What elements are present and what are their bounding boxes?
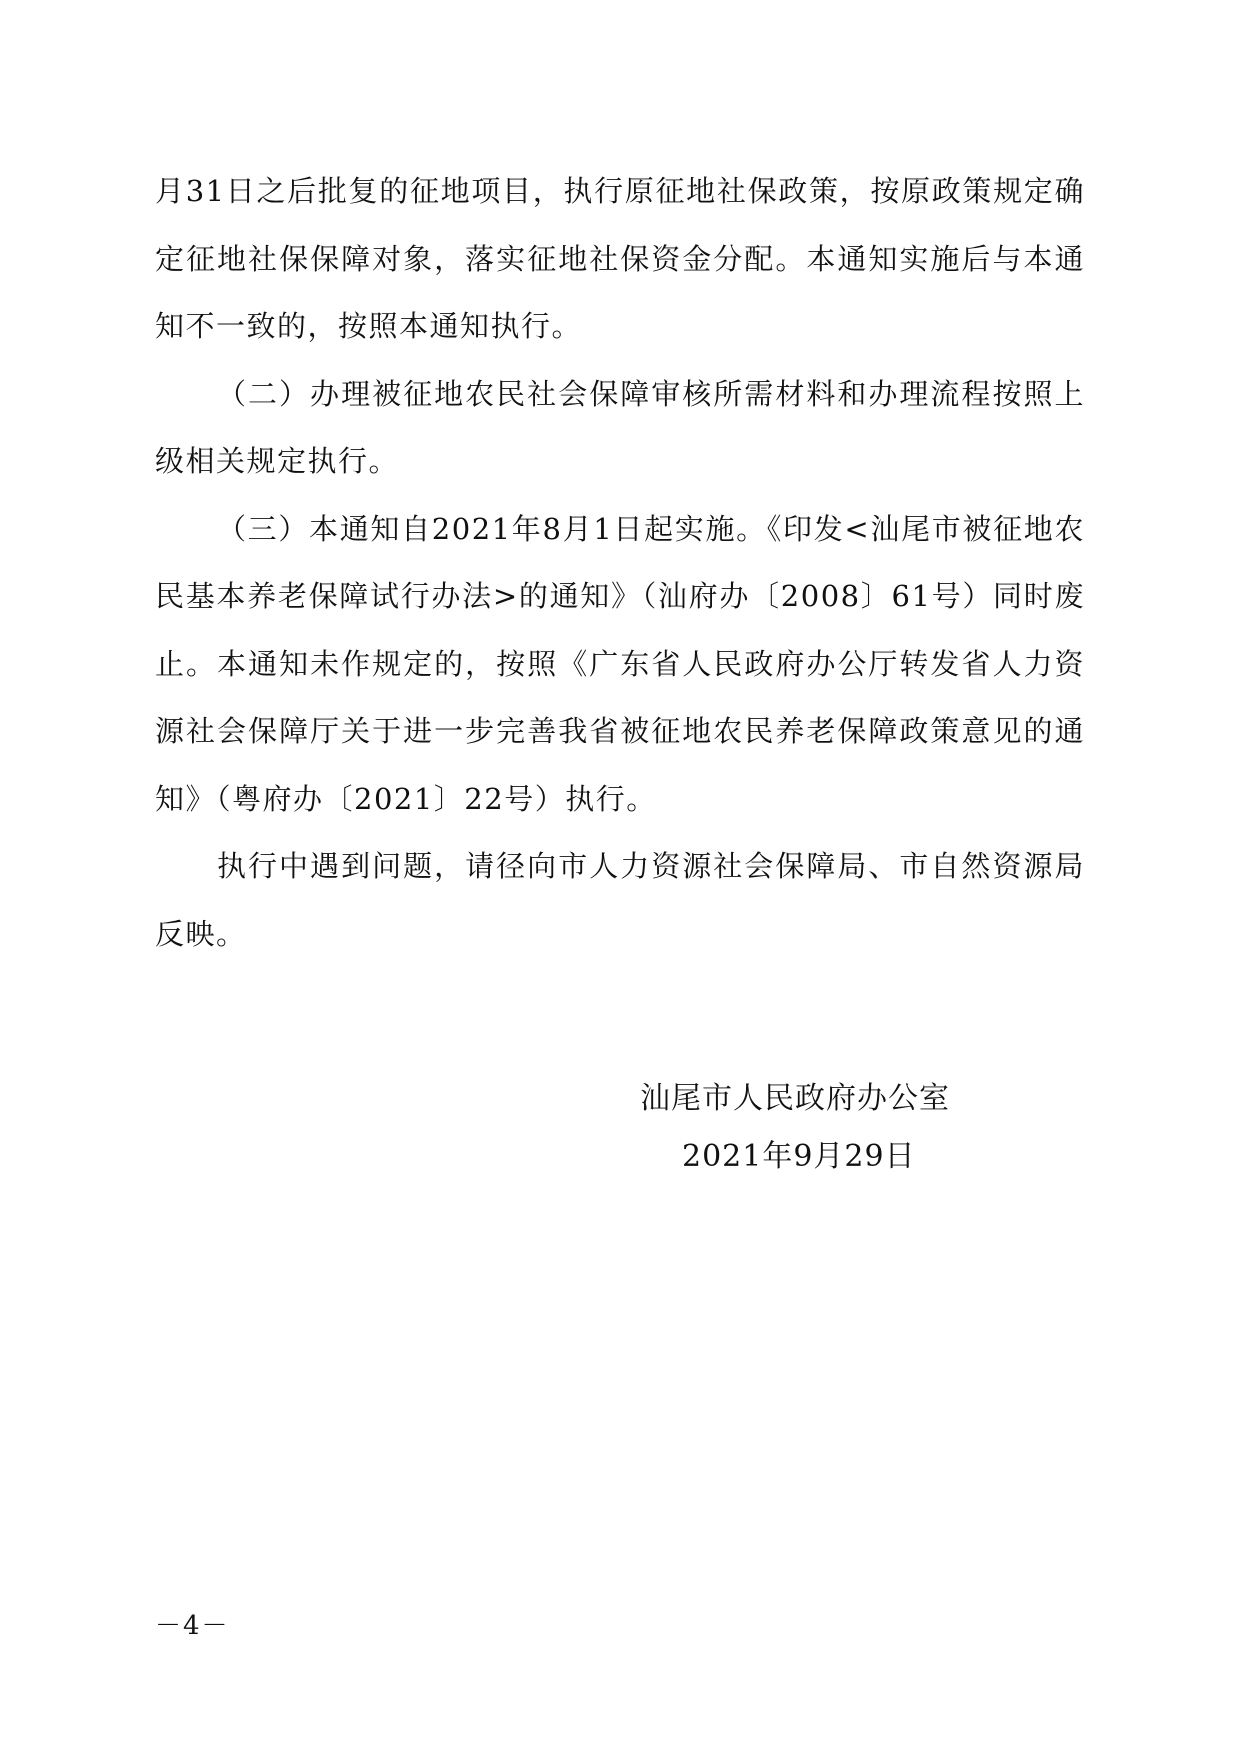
document-page: 月31日之后批复的征地项目，执行原征地社保政策，按原政策规定确定征地社保保障对象… (0, 0, 1241, 1754)
paragraph-policy-continuation: 月31日之后批复的征地项目，执行原征地社保政策，按原政策规定确定征地社保保障对象… (155, 158, 1085, 361)
paragraph-contact-note: 执行中遇到问题，请径向市人力资源社会保障局、市自然资源局反映。 (155, 833, 1085, 968)
document-body: 月31日之后批复的征地项目，执行原征地社保政策，按原政策规定确定征地社保保障对象… (155, 158, 1085, 968)
paragraph-item-three: （三）本通知自2021年8月1日起实施。《印发<汕尾市被征地农民基本养老保障试行… (155, 496, 1085, 834)
page-number: －4－ (155, 1605, 230, 1642)
paragraph-item-two: （二）办理被征地农民社会保障审核所需材料和办理流程按照上级相关规定执行。 (155, 361, 1085, 496)
issue-date: 2021年9月29日 (640, 1128, 950, 1186)
signature-block: 汕尾市人民政府办公室 2021年9月29日 (640, 1070, 950, 1186)
issuing-organization: 汕尾市人民政府办公室 (640, 1070, 950, 1128)
